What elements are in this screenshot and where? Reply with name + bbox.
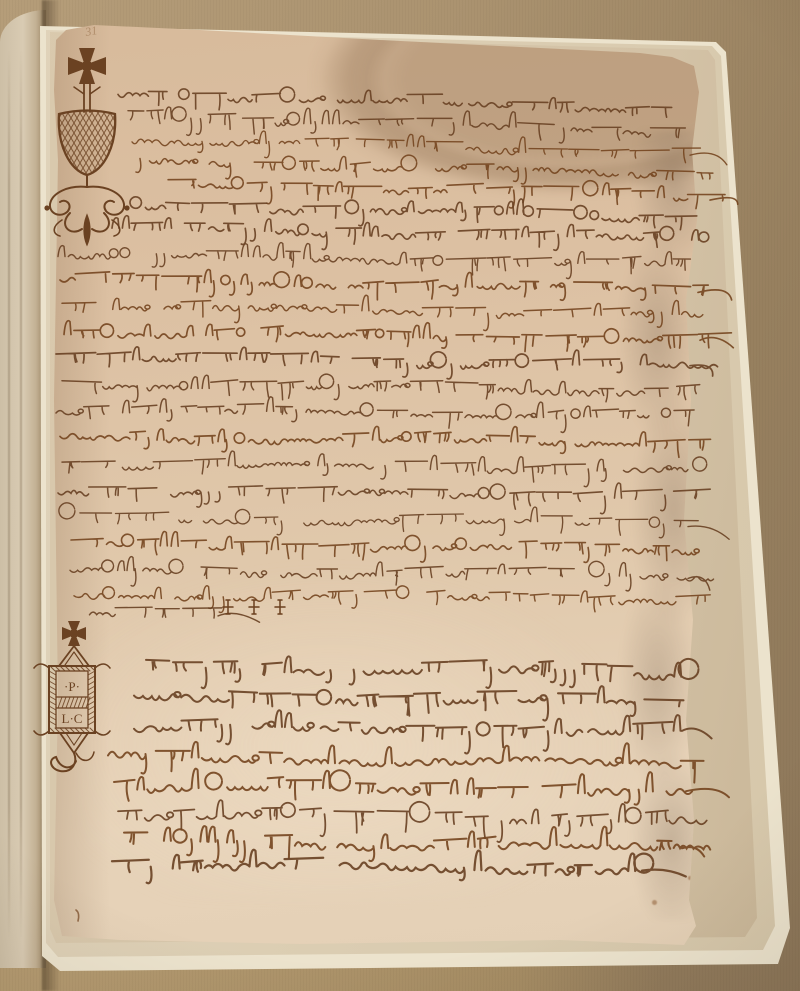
small-cross-icon: [249, 600, 259, 614]
script-line: [128, 107, 685, 143]
script-line: [124, 826, 710, 862]
script-line: [60, 426, 711, 457]
sign-initials-top: ·P·: [64, 679, 80, 694]
cross-pattee-icon: [68, 48, 106, 84]
script-line: [130, 197, 697, 230]
script-line: [146, 656, 699, 688]
script-line: [58, 243, 690, 279]
script-line: [56, 347, 718, 379]
script-line: [64, 321, 733, 352]
script-line: [62, 451, 707, 487]
folio-number: 31: [83, 23, 98, 39]
script-line: [112, 850, 686, 883]
cross-pattee-icon: [62, 621, 86, 646]
script-line: [70, 557, 714, 591]
handwritten-text-block-1: [56, 87, 738, 622]
script-line: [132, 131, 727, 165]
notarial-sign-tablet-icon: ·P· L·C: [34, 621, 110, 771]
handwritten-text-block-2: [108, 656, 729, 883]
script-line: [136, 155, 713, 184]
script-line: [134, 686, 684, 720]
script-line: [114, 769, 729, 805]
manuscript-photo: 31: [0, 0, 800, 991]
stray-ink-mark: [76, 910, 79, 921]
sign-initials-bottom: L·C: [62, 711, 83, 726]
script-line: [62, 295, 703, 330]
small-cross-icon: [275, 600, 285, 614]
ink-layer: 31: [0, 0, 800, 991]
script-line: [90, 607, 260, 622]
script-line: [71, 532, 699, 563]
script-line: [59, 503, 729, 539]
script-line: [62, 374, 700, 402]
script-line: [118, 87, 672, 117]
script-line: [58, 483, 710, 514]
